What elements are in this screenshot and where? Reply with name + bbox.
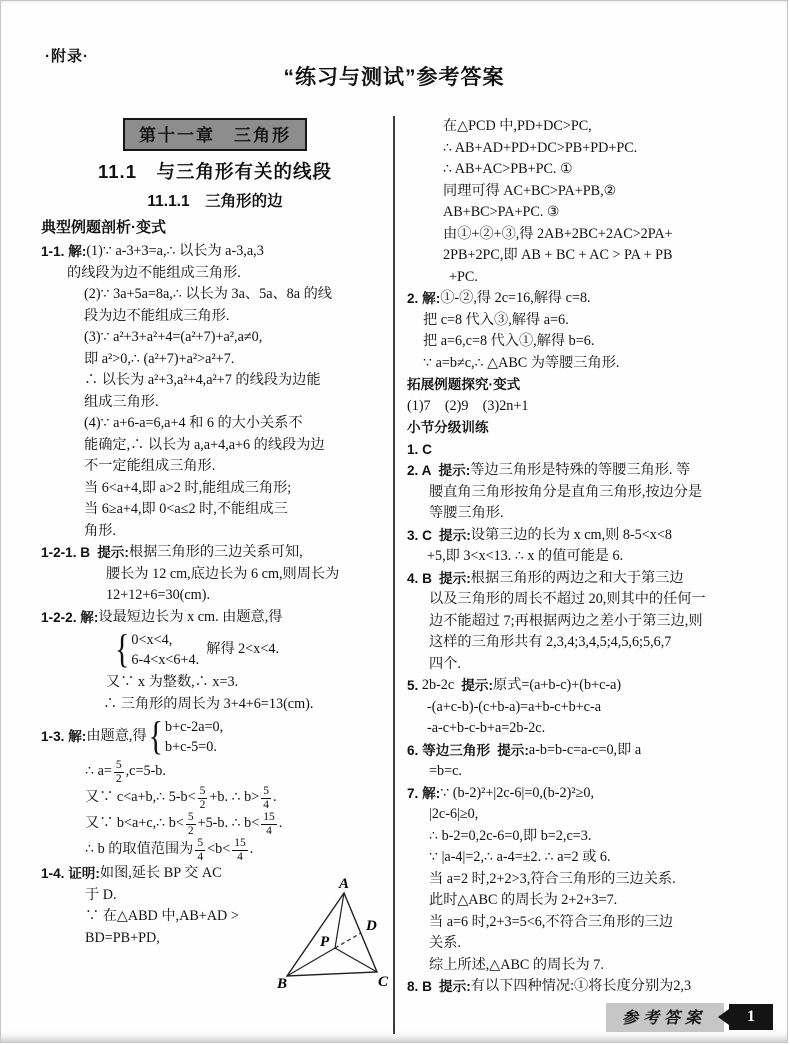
text-line: 当 a=2 时,2+2>3,符合三角形的三边关系. xyxy=(407,869,779,891)
chapter-heading: 第十一章 三角形 xyxy=(123,118,307,151)
left-column-lines: 1-1. 解:(1)∵ a-3+3=a,∴ 以长为 a-3,a,3的线段为边不能… xyxy=(41,241,389,949)
text-line: =b=c. xyxy=(407,761,779,783)
text-line: 拓展例题探究·变式 xyxy=(407,374,779,396)
page-number: 1 xyxy=(729,1004,773,1030)
text-line: 这样的三角形共有 2,3,4;3,4,5;4,5,6;5,6,7 xyxy=(407,632,779,654)
text-line: 的线段为边不能组成三角形. xyxy=(41,263,389,285)
text-line: (1)7 (2)9 (3)2n+1 xyxy=(407,396,779,418)
text-line: +PC. xyxy=(407,267,779,289)
text-line: 8. B 提示:有以下四种情况:①将长度分别为2,3 xyxy=(407,976,779,998)
columns: 第十一章 三角形 11.1 与三角形有关的线段 11.1.1 三角形的边 典型例… xyxy=(41,116,779,1034)
text-line: ∴ a=52,c=5-b. xyxy=(41,759,389,785)
text-line: 1-1. 解:(1)∵ a-3+3=a,∴ 以长为 a-3,a,3 xyxy=(41,241,389,263)
text-line: ∴ AB+AD+PD+DC>PB+PD+PC. xyxy=(407,138,779,160)
equation-system: {0<x<4,6-4<x<6+4. xyxy=(113,630,199,670)
text-line: {0<x<4,6-4<x<6+4. 解得 2<x<4. xyxy=(41,628,389,672)
text-line: 组成三角形. xyxy=(41,392,389,414)
subsection-heading: 11.1.1 三角形的边 xyxy=(41,189,389,211)
text-line: 腰长为 12 cm,底边长为 6 cm,则周长为 xyxy=(41,564,389,586)
text-line: |2c-6|≥0, xyxy=(407,804,779,826)
section-heading: 11.1 与三角形有关的线段 xyxy=(41,158,389,184)
text-line: 同理可得 AC+BC>PA+PB,② xyxy=(407,181,779,203)
text-line: 由①+②+③,得 2AB+2BC+2AC>2PA+ xyxy=(407,224,779,246)
text-line: 3. C 提示:设第三边的长为 x cm,则 8-5<x<8 xyxy=(407,525,779,547)
text-line: 2. A 提示:等边三角形是特殊的等腰三角形. 等 xyxy=(407,460,779,482)
fraction: 52 xyxy=(186,811,196,837)
text-line: ∴ 以长为 a²+3,a²+4,a²+7 的线段为边能 xyxy=(41,370,389,392)
text-line: 腰直角三角形按角分是直角三角形,按边分是 xyxy=(407,482,779,504)
text-line: 4. B 提示:根据三角形的两边之和大于第三边 xyxy=(407,568,779,590)
text-line: 1. C xyxy=(407,439,779,461)
footer-notch-icon xyxy=(718,1009,729,1025)
text-line: 2. 解:①-②,得 2c=16,解得 c=8. xyxy=(407,288,779,310)
text-line: ∵ a=b≠c,∴ △ABC 为等腰三角形. xyxy=(407,353,779,375)
text-line: (4)∵ a+6-a=6,a+4 和 6 的大小关系不 xyxy=(41,413,389,435)
text-line: 6. 等边三角形 提示:a-b=b-c=a-c=0,即 a xyxy=(407,740,779,762)
text-line: ∴ AB+AC>PB+PC. ① xyxy=(407,159,779,181)
text-line: 2PB+2PC,即 AB + BC + AC > PA + PB xyxy=(407,245,779,267)
text-line: AB+BC>PA+PC. ③ xyxy=(407,202,779,224)
text-line: 能确定,∴ 以长为 a,a+4,a+6 的线段为边 xyxy=(41,435,389,457)
text-line: 1-2-1. B 提示:根据三角形的三边关系可知, xyxy=(41,542,389,564)
text-line: 又∵ b<a+c,∴ b<52+5-b. ∴ b<154. xyxy=(41,811,389,837)
fraction: 154 xyxy=(261,811,277,837)
text-line: (3)∵ a²+3+a²+4=(a²+7)+a²,a≠0, xyxy=(41,327,389,349)
text-line: -a-c+b-c-b+a=2b-2c. xyxy=(407,718,779,740)
label-d: D xyxy=(365,918,377,934)
text-line: 当 6≥a+4,即 0<a≤2 时,不能组成三 xyxy=(41,499,389,521)
fraction: 54 xyxy=(261,785,271,811)
text-line: 把 c=8 代入③,解得 a=6. xyxy=(407,310,779,332)
text-line: 5. 2b-2c 提示:原式=(a+b-c)+(b+c-a) xyxy=(407,675,779,697)
label-c: C xyxy=(378,974,389,990)
right-column-lines: 在△PCD 中,PD+DC>PC,∴ AB+AD+PD+DC>PB+PD+PC.… xyxy=(407,116,779,998)
footer: 参考答案 1 xyxy=(606,1004,773,1030)
fraction: 154 xyxy=(232,837,248,863)
text-line: ∵ |a-4|=2,∴ a-4=±2. ∴ a=2 或 6. xyxy=(407,847,779,869)
text-line: 不一定能组成三角形. xyxy=(41,456,389,478)
text-line: -(a+c-b)-(c+b-a)=a+b-c+b+c-a xyxy=(407,697,779,719)
text-line: 以及三角形的周长不超过 20,则其中的任何一 xyxy=(407,589,779,611)
text-line: 边不能超过 7;再根据两边之差小于第三边,则 xyxy=(407,611,779,633)
text-line: 1-3. 解:由题意,得{b+c-2a=0,b+c-5=0. xyxy=(41,715,389,759)
segment-pd-dashed xyxy=(335,933,361,948)
text-line: 又∵ c<a+b,∴ 5-b<52+b. ∴ b>54. xyxy=(41,785,389,811)
text-line: ∴ 三角形的周长为 3+4+6=13(cm). xyxy=(41,694,389,716)
text-line: 当 a=6 时,2+3=5<6,不符合三角形的三边 xyxy=(407,912,779,934)
text-line: 又∵ x 为整数,∴ x=3. xyxy=(41,672,389,694)
text-line: 在△PCD 中,PD+DC>PC, xyxy=(407,116,779,138)
label-b: B xyxy=(277,976,287,992)
text-line: 1-2-2. 解:设最短边长为 x cm. 由题意,得 xyxy=(41,607,389,629)
triangle-figure: A B C D P xyxy=(277,876,389,994)
segment-ap xyxy=(335,893,344,948)
text-line: (2)∵ 3a+5a=8a,∴ 以长为 3a、5a、8a 的线 xyxy=(41,284,389,306)
footer-label: 参考答案 xyxy=(606,1003,724,1032)
triangle-abc xyxy=(287,893,377,976)
text-line: 7. 解:∵ (b-2)²+|2c-6|=0,(b-2)²≥0, xyxy=(407,783,779,805)
text-line: ∴ b-2=0,2c-6=0,即 b=2,c=3. xyxy=(407,826,779,848)
segment-bp xyxy=(287,948,335,976)
text-line: 此时△ABC 的周长为 2+2+3=7. xyxy=(407,890,779,912)
label-p: P xyxy=(320,934,330,950)
text-line: +5,即 3<x<13. ∴ x 的值可能是 6. xyxy=(407,546,779,568)
text-line: 关系. xyxy=(407,933,779,955)
text-line: 当 6<a+4,即 a>2 时,能组成三角形; xyxy=(41,478,389,500)
segment-pc xyxy=(335,948,377,972)
text-line: 四个. xyxy=(407,654,779,676)
text-line: ∴ b 的取值范围为54<b<154. xyxy=(41,837,389,863)
page-title: “练习与测试”参考答案 xyxy=(1,61,787,91)
equation-system: {b+c-2a=0,b+c-5=0. xyxy=(147,717,224,757)
text-line: 综上所述,△ABC 的周长为 7. xyxy=(407,955,779,977)
fraction: 54 xyxy=(195,837,205,863)
text-line: 等腰三角形. xyxy=(407,503,779,525)
fraction: 52 xyxy=(114,759,124,785)
text-line: 小节分级训练 xyxy=(407,417,779,439)
text-line: 12+12+6=30(cm). xyxy=(41,585,389,607)
left-column: 第十一章 三角形 11.1 与三角形有关的线段 11.1.1 三角形的边 典型例… xyxy=(41,116,389,1034)
right-column: 在△PCD 中,PD+DC>PC,∴ AB+AD+PD+DC>PB+PD+PC.… xyxy=(393,116,779,1034)
text-line: 即 a²>0,∴ (a²+7)+a²>a²+7. xyxy=(41,349,389,371)
text-line: 把 a=6,c=8 代入①,解得 b=6. xyxy=(407,331,779,353)
answer-page: ·附录· “练习与测试”参考答案 第十一章 三角形 11.1 与三角形有关的线段… xyxy=(0,0,788,1043)
block-heading: 典型例题剖析·变式 xyxy=(41,216,389,237)
text-line: 段为边不能组成三角形. xyxy=(41,306,389,328)
text-line: 角形. xyxy=(41,521,389,543)
label-a: A xyxy=(338,876,349,892)
fraction: 52 xyxy=(198,785,208,811)
